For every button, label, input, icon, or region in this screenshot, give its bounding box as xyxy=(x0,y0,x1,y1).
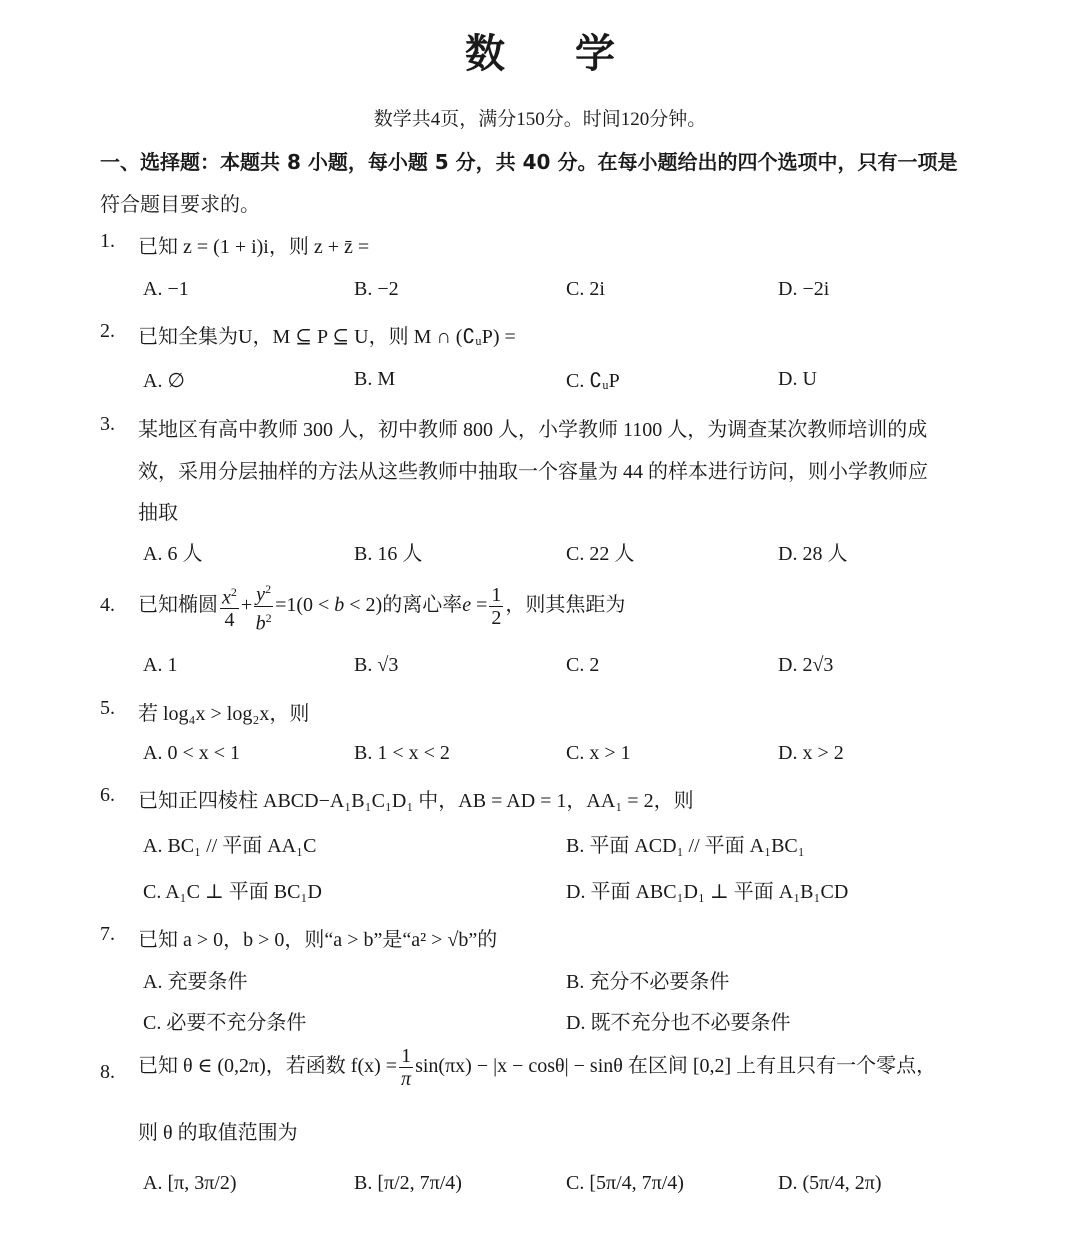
option-c[interactable]: C. A₁C ⊥ 平面 BC₁D xyxy=(143,875,322,904)
option-d[interactable]: D. −2i xyxy=(778,278,829,301)
fraction-y2-over-b2: y2b2 xyxy=(254,578,273,634)
question-text-line3: 抽取 xyxy=(138,496,178,525)
option-a[interactable]: A. ∅ xyxy=(143,368,185,393)
question-text: 若 log₄x > log₂x，则 xyxy=(138,697,309,726)
question-number: 1. xyxy=(100,230,115,253)
option-d[interactable]: D. x > 2 xyxy=(778,742,844,765)
question-number: 7. xyxy=(100,923,115,946)
option-b[interactable]: B. M xyxy=(354,368,395,391)
fraction-one-over-pi: 1π xyxy=(399,1045,413,1090)
option-c[interactable]: C. 必要不充分条件 xyxy=(143,1006,306,1035)
page-title: 数 学 xyxy=(0,22,1080,79)
option-a[interactable]: A. BC₁ // 平面 AA₁C xyxy=(143,829,316,858)
question-prefix: 已知 θ ∈ (0,2π)，若函数 f(x) = xyxy=(138,1055,397,1077)
option-a[interactable]: A. −1 xyxy=(143,278,189,301)
option-a[interactable]: A. 0 < x < 1 xyxy=(143,742,240,765)
option-b[interactable]: B. −2 xyxy=(354,278,399,301)
question-text-line2: 效，采用分层抽样的方法从这些教师中抽取一个容量为 44 的样本进行访问，则小学教… xyxy=(138,455,928,484)
option-c[interactable]: C. 2 xyxy=(566,654,599,677)
fraction-x2-over-4: x24 xyxy=(220,581,239,632)
fraction-one-half: 12 xyxy=(489,584,503,629)
option-b[interactable]: B. 充分不必要条件 xyxy=(566,965,729,994)
option-b[interactable]: B. [π/2, 7π/4) xyxy=(354,1172,462,1195)
option-c[interactable]: C. x > 1 xyxy=(566,742,631,765)
question-text-line1: 某地区有高中教师 300 人，初中教师 800 人，小学教师 1100 人，为调… xyxy=(138,413,927,442)
question-number: 5. xyxy=(100,697,115,720)
question-text: 已知全集为U，M ⊆ P ⊆ U，则 M ∩ (∁ᵤP) = xyxy=(138,320,516,349)
option-d[interactable]: D. 28 人 xyxy=(778,537,847,566)
option-b[interactable]: B. √3 xyxy=(354,654,398,677)
option-b[interactable]: B. 平面 ACD₁ // 平面 A₁BC₁ xyxy=(566,829,805,858)
exam-info: 数学共4页，满分150分。时间120分钟。 xyxy=(0,104,1080,131)
option-c[interactable]: C. ∁ᵤP xyxy=(566,368,620,393)
option-d[interactable]: D. 2√3 xyxy=(778,654,833,677)
question-text-line2: 则 θ 的取值范围为 xyxy=(138,1116,298,1145)
question-suffix: ，则其焦距为 xyxy=(505,594,625,616)
question-text: 已知 θ ∈ (0,2π)，若函数 f(x) =1πsin(πx) − |x −… xyxy=(138,1045,936,1090)
option-a[interactable]: A. 6 人 xyxy=(143,537,202,566)
option-b[interactable]: B. 1 < x < 2 xyxy=(354,742,450,765)
option-d[interactable]: D. (5π/4, 2π) xyxy=(778,1172,882,1195)
question-text: 已知正四棱柱 ABCD−A₁B₁C₁D₁ 中，AB = AD = 1，AA₁ =… xyxy=(138,784,694,813)
question-text: 已知 a > 0，b > 0，则“a > b”是“a² > √b”的 xyxy=(138,923,497,952)
option-c[interactable]: C. [5π/4, 7π/4) xyxy=(566,1172,684,1195)
question-number: 8. xyxy=(100,1061,115,1084)
option-a[interactable]: A. [π, 3π/2) xyxy=(143,1172,237,1195)
option-c[interactable]: C. 2i xyxy=(566,278,605,301)
option-a[interactable]: A. 充要条件 xyxy=(143,965,247,994)
option-a[interactable]: A. 1 xyxy=(143,654,177,677)
question-number: 2. xyxy=(100,320,115,343)
question-number: 3. xyxy=(100,413,115,436)
option-c[interactable]: C. 22 人 xyxy=(566,537,634,566)
section-heading: 一、选择题：本题共 8 小题，每小题 5 分，共 40 分。在每小题给出的四个选… xyxy=(100,146,957,175)
question-mid: 的离心率 xyxy=(382,594,462,616)
option-d[interactable]: D. 既不充分也不必要条件 xyxy=(566,1006,790,1035)
option-d[interactable]: D. 平面 ABC₁D₁ ⊥ 平面 A₁B₁CD xyxy=(566,875,848,904)
question-number: 4. xyxy=(100,594,115,617)
question-prefix: 已知椭圆 xyxy=(138,594,218,616)
section-heading-cont: 符合题目要求的。 xyxy=(100,188,260,217)
question-number: 6. xyxy=(100,784,115,807)
question-suffix: sin(πx) − |x − cosθ| − sinθ 在区间 [0,2] 上有… xyxy=(415,1055,936,1077)
option-b[interactable]: B. 16 人 xyxy=(354,537,422,566)
option-d[interactable]: D. U xyxy=(778,368,817,391)
question-text: 已知 z = (1 + i)i，则 z + z̄ = xyxy=(138,230,369,259)
question-text: 已知椭圆x24+y2b2=1(0 < b < 2)的离心率e =12，则其焦距为 xyxy=(138,578,625,634)
